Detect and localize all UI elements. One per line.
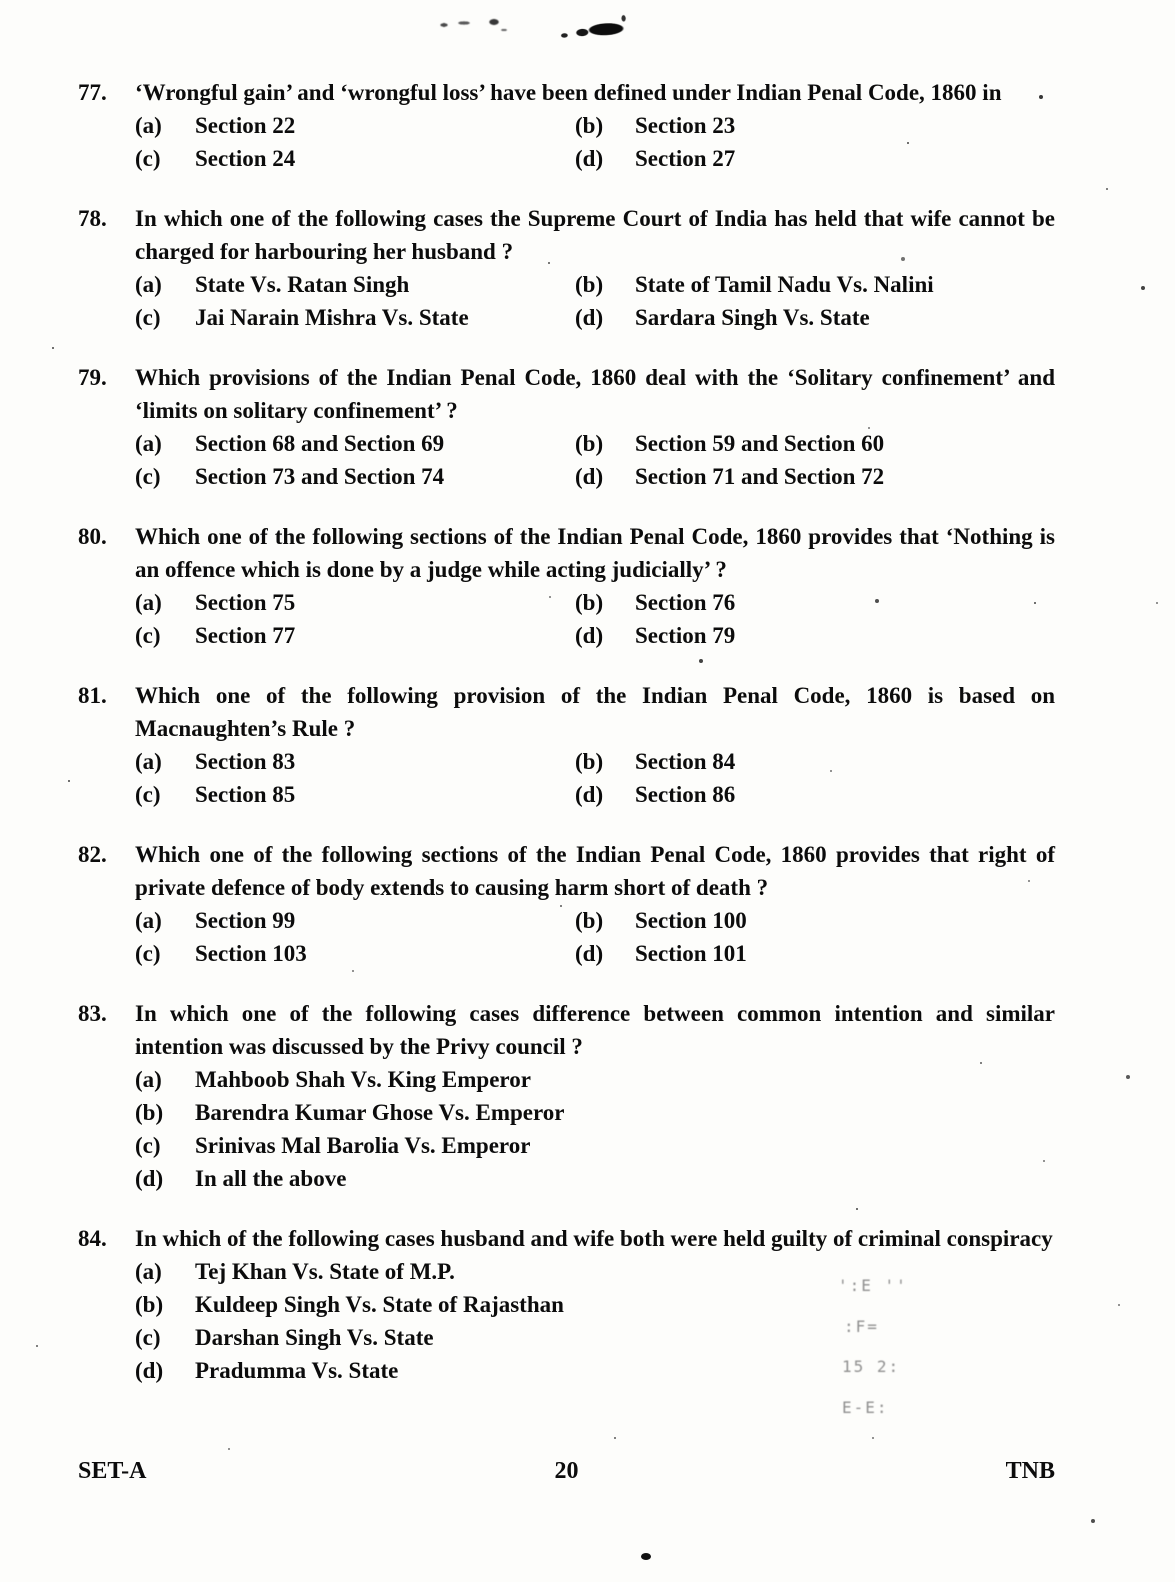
option-d: (d) Section 86	[575, 778, 1055, 811]
option-b: (b) Section 100	[575, 904, 1055, 937]
option-letter: (d)	[135, 1354, 195, 1387]
option-d: (d) Section 71 and Section 72	[575, 460, 1055, 493]
option-c: (c) Section 77	[135, 619, 575, 652]
question-options: (a) Section 83 (b) Section 84 (c) Sectio…	[135, 745, 1055, 811]
option-a: (a) Mahboob Shah Vs. King Emperor	[135, 1063, 1055, 1096]
option-text: Mahboob Shah Vs. King Emperor	[195, 1063, 531, 1096]
question-text: Which provisions of the Indian Penal Cod…	[135, 361, 1055, 427]
option-letter: (c)	[135, 1129, 195, 1162]
option-letter: (b)	[575, 745, 635, 778]
option-c: (c) Section 24	[135, 142, 575, 175]
option-d: (d) Pradumma Vs. State	[135, 1354, 1055, 1387]
question-text: Which one of the following sections of t…	[135, 838, 1055, 904]
question-text: In which one of the following cases diff…	[135, 997, 1055, 1063]
option-c: (c) Jai Narain Mishra Vs. State	[135, 301, 575, 334]
question-number: 81.	[78, 679, 135, 712]
option-c: (c) Section 85	[135, 778, 575, 811]
option-text: Section 23	[635, 109, 735, 142]
option-text: Pradumma Vs. State	[195, 1354, 398, 1387]
option-letter: (d)	[575, 301, 635, 334]
option-d: (d) Section 101	[575, 937, 1055, 970]
option-letter: (a)	[135, 904, 195, 937]
question-head: 82. Which one of the following sections …	[78, 838, 1055, 904]
ink-smudge-right	[547, 10, 636, 45]
option-a: (a) State Vs. Ratan Singh	[135, 268, 575, 301]
option-letter: (a)	[135, 745, 195, 778]
option-letter: (b)	[135, 1096, 195, 1129]
option-text: State Vs. Ratan Singh	[195, 268, 409, 301]
option-letter: (a)	[135, 1255, 195, 1288]
option-letter: (c)	[135, 619, 195, 652]
option-text: Section 22	[195, 109, 295, 142]
option-letter: (c)	[135, 142, 195, 175]
option-letter: (d)	[575, 619, 635, 652]
option-a: (a) Section 75	[135, 586, 575, 619]
option-text: Section 59 and Section 60	[635, 427, 884, 460]
question-number: 83.	[78, 997, 135, 1030]
option-letter: (b)	[575, 904, 635, 937]
option-letter: (b)	[135, 1288, 195, 1321]
option-text: Section 68 and Section 69	[195, 427, 444, 460]
question-text: ‘Wrongful gain’ and ‘wrongful loss’ have…	[135, 76, 1055, 109]
option-b: (b) Section 84	[575, 745, 1055, 778]
option-d: (d) In all the above	[135, 1162, 1055, 1195]
question-number: 77.	[78, 76, 135, 109]
option-text: Section 84	[635, 745, 735, 778]
question-text: In which one of the following cases the …	[135, 202, 1055, 268]
option-text: Sardara Singh Vs. State	[635, 301, 870, 334]
question-options: (a) Section 75 (b) Section 76 (c) Sectio…	[135, 586, 1055, 652]
option-letter: (a)	[135, 1063, 195, 1096]
question-options: (a) Section 99 (b) Section 100 (c) Secti…	[135, 904, 1055, 970]
option-text: Section 99	[195, 904, 295, 937]
question-80: 80. Which one of the following sections …	[78, 520, 1055, 652]
question-78: 78. In which one of the following cases …	[78, 202, 1055, 334]
option-letter: (b)	[575, 427, 635, 460]
option-d: (d) Section 79	[575, 619, 1055, 652]
option-a: (a) Tej Khan Vs. State of M.P.	[135, 1255, 1055, 1288]
option-letter: (c)	[135, 1321, 195, 1354]
option-b: (b) Section 76	[575, 586, 1055, 619]
option-text: Kuldeep Singh Vs. State of Rajasthan	[195, 1288, 564, 1321]
question-number: 82.	[78, 838, 135, 871]
option-letter: (a)	[135, 427, 195, 460]
option-a: (a) Section 83	[135, 745, 575, 778]
option-text: Barendra Kumar Ghose Vs. Emperor	[195, 1096, 565, 1129]
option-text: Section 101	[635, 937, 747, 970]
question-text: Which one of the following sections of t…	[135, 520, 1055, 586]
option-letter: (a)	[135, 268, 195, 301]
option-text: Section 27	[635, 142, 735, 175]
question-options: (a) Section 22 (b) Section 23 (c) Sectio…	[135, 109, 1055, 175]
option-text: Section 103	[195, 937, 307, 970]
option-letter: (a)	[135, 109, 195, 142]
question-79: 79. Which provisions of the Indian Penal…	[78, 361, 1055, 493]
option-c: (c) Section 103	[135, 937, 575, 970]
question-number: 84.	[78, 1222, 135, 1255]
option-text: Darshan Singh Vs. State	[195, 1321, 434, 1354]
question-text: In which of the following cases husband …	[135, 1222, 1055, 1255]
option-a: (a) Section 22	[135, 109, 575, 142]
question-82: 82. Which one of the following sections …	[78, 838, 1055, 970]
question-options: (a) State Vs. Ratan Singh (b) State of T…	[135, 268, 1055, 334]
question-options: (a) Tej Khan Vs. State of M.P. (b) Kulde…	[135, 1255, 1055, 1387]
footer-booklet-code: TNB	[729, 1458, 1055, 1485]
option-text: Section 73 and Section 74	[195, 460, 444, 493]
option-text: Tej Khan Vs. State of M.P.	[195, 1255, 455, 1288]
option-letter: (a)	[135, 586, 195, 619]
option-b: (b) State of Tamil Nadu Vs. Nalini	[575, 268, 1055, 301]
footer-page-number: 20	[404, 1458, 730, 1485]
option-letter: (d)	[575, 142, 635, 175]
option-b: (b) Section 59 and Section 60	[575, 427, 1055, 460]
footer-set-label: SET-A	[78, 1458, 404, 1485]
question-head: 84. In which of the following cases husb…	[78, 1222, 1055, 1255]
option-b: (b) Barendra Kumar Ghose Vs. Emperor	[135, 1096, 1055, 1129]
question-head: 81. Which one of the following provision…	[78, 679, 1055, 745]
option-text: State of Tamil Nadu Vs. Nalini	[635, 268, 934, 301]
option-letter: (b)	[575, 109, 635, 142]
option-text: In all the above	[195, 1162, 346, 1195]
question-number: 80.	[78, 520, 135, 553]
option-text: Section 86	[635, 778, 735, 811]
option-a: (a) Section 99	[135, 904, 575, 937]
question-list: 77. ‘Wrongful gain’ and ‘wrongful loss’ …	[78, 76, 1055, 1414]
question-head: 78. In which one of the following cases …	[78, 202, 1055, 268]
question-83: 83. In which one of the following cases …	[78, 997, 1055, 1195]
option-text: Jai Narain Mishra Vs. State	[195, 301, 469, 334]
question-84: 84. In which of the following cases husb…	[78, 1222, 1055, 1387]
ink-smudge-left	[432, 16, 516, 36]
question-head: 79. Which provisions of the Indian Penal…	[78, 361, 1055, 427]
question-77: 77. ‘Wrongful gain’ and ‘wrongful loss’ …	[78, 76, 1055, 175]
option-c: (c) Srinivas Mal Barolia Vs. Emperor	[135, 1129, 1055, 1162]
option-text: Section 75	[195, 586, 295, 619]
option-b: (b) Section 23	[575, 109, 1055, 142]
option-text: Section 85	[195, 778, 295, 811]
option-text: Section 76	[635, 586, 735, 619]
question-81: 81. Which one of the following provision…	[78, 679, 1055, 811]
option-letter: (c)	[135, 460, 195, 493]
option-letter: (d)	[575, 937, 635, 970]
option-text: Section 71 and Section 72	[635, 460, 884, 493]
option-letter: (d)	[575, 460, 635, 493]
option-d: (d) Section 27	[575, 142, 1055, 175]
option-letter: (b)	[575, 268, 635, 301]
option-d: (d) Sardara Singh Vs. State	[575, 301, 1055, 334]
question-head: 77. ‘Wrongful gain’ and ‘wrongful loss’ …	[78, 76, 1055, 109]
question-text: Which one of the following provision of …	[135, 679, 1055, 745]
question-head: 83. In which one of the following cases …	[78, 997, 1055, 1063]
question-number: 79.	[78, 361, 135, 394]
option-letter: (c)	[135, 778, 195, 811]
option-c: (c) Darshan Singh Vs. State	[135, 1321, 1055, 1354]
question-number: 78.	[78, 202, 135, 235]
ink-dot	[641, 1553, 651, 1560]
option-letter: (c)	[135, 937, 195, 970]
option-letter: (b)	[575, 586, 635, 619]
question-head: 80. Which one of the following sections …	[78, 520, 1055, 586]
option-text: Srinivas Mal Barolia Vs. Emperor	[195, 1129, 530, 1162]
option-letter: (d)	[575, 778, 635, 811]
option-text: Section 77	[195, 619, 295, 652]
question-options: (a) Section 68 and Section 69 (b) Sectio…	[135, 427, 1055, 493]
question-options: (a) Mahboob Shah Vs. King Emperor (b) Ba…	[135, 1063, 1055, 1195]
option-c: (c) Section 73 and Section 74	[135, 460, 575, 493]
option-text: Section 100	[635, 904, 747, 937]
option-text: Section 83	[195, 745, 295, 778]
page-footer: SET-A 20 TNB	[78, 1458, 1055, 1485]
option-letter: (c)	[135, 301, 195, 334]
scan-speckles	[0, 0, 2, 2]
option-text: Section 79	[635, 619, 735, 652]
option-b: (b) Kuldeep Singh Vs. State of Rajasthan	[135, 1288, 1055, 1321]
option-text: Section 24	[195, 142, 295, 175]
option-letter: (d)	[135, 1162, 195, 1195]
scanned-exam-page: ':E '' :F= 15 2: E-E: 77. ‘Wrongful gain…	[0, 0, 1175, 1582]
option-a: (a) Section 68 and Section 69	[135, 427, 575, 460]
